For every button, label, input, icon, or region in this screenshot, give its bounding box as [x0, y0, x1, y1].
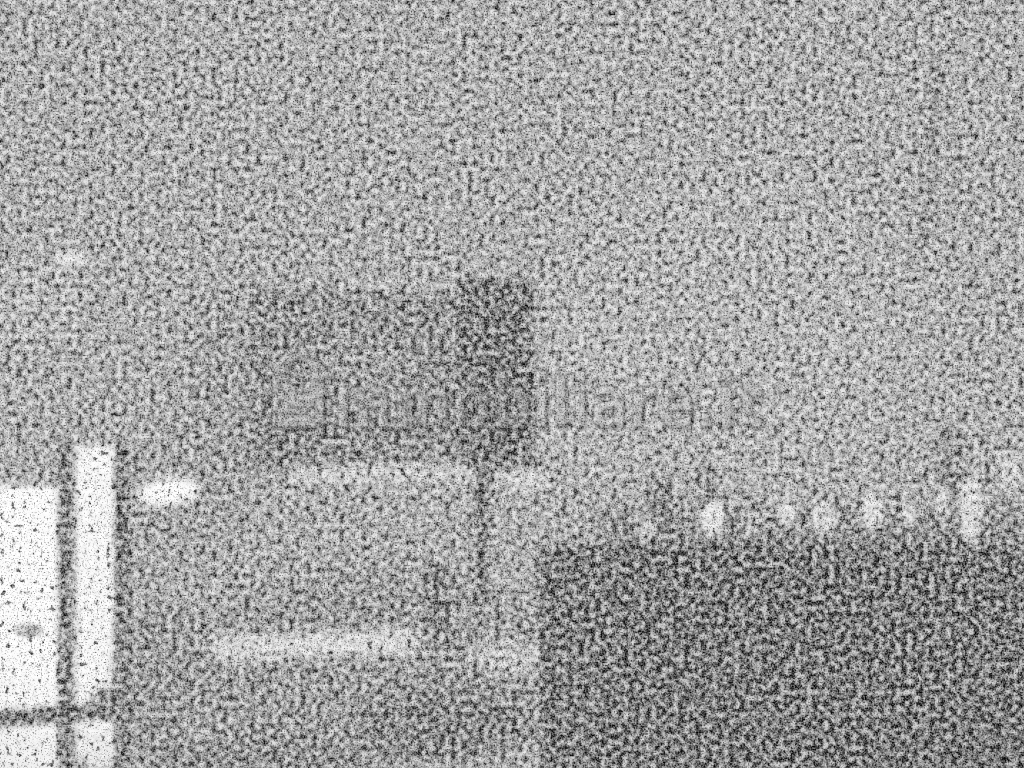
door-frame-line-right — [116, 446, 129, 768]
scratch-line — [919, 52, 943, 248]
dark-upright-pole — [476, 462, 488, 642]
wall-shadow-lower-left — [128, 420, 248, 570]
highlight-speckle — [902, 502, 917, 526]
clutter-dark-blob — [360, 690, 530, 760]
clutter-floor-strip — [150, 740, 410, 768]
clutter-base-left — [120, 600, 200, 760]
furniture-mass-left-wedge — [546, 554, 631, 768]
clutter-base — [180, 570, 570, 768]
house-icon — [265, 344, 337, 431]
door-base-white-patch — [86, 732, 112, 768]
highlight-speckle — [700, 500, 724, 536]
floor-dark-streak — [0, 701, 142, 728]
wall-light-right-of-wardrobe — [534, 298, 640, 478]
shelf-highlight — [292, 464, 472, 482]
wardrobe-panel-sheen — [300, 330, 410, 420]
watermark-text: mmobiliare.it — [333, 359, 763, 445]
right-edge-highlight — [1000, 452, 1022, 488]
door-edge-white-band — [76, 446, 114, 758]
highlight-speckle — [936, 484, 949, 520]
blinds-streaks — [0, 262, 80, 342]
highlight-speckle — [748, 512, 761, 532]
wardrobe-panel — [248, 290, 460, 466]
door-handle-dash — [16, 624, 42, 637]
furniture-upper-band — [600, 508, 1024, 552]
hook-mark — [671, 348, 703, 390]
house-icon — [262, 340, 334, 427]
bright-vertical-object — [958, 478, 982, 542]
watermark: mmobiliare.it mmobiliare.it — [0, 0, 1024, 768]
open-door-light — [0, 486, 58, 768]
clutter-dark-post — [428, 562, 448, 632]
blind-highlight-dash — [55, 250, 89, 266]
wardrobe-top-highlight — [335, 284, 465, 296]
wall-handle-blob — [135, 474, 202, 510]
clutter-bright-blob — [470, 640, 550, 674]
door-base-shadow — [92, 686, 126, 716]
clutter-bright-blob-2 — [552, 582, 604, 614]
furniture-dark-mass — [540, 544, 1024, 768]
shelf-highlight-right — [505, 470, 547, 492]
watermark-text: mmobiliare.it — [336, 363, 766, 449]
object-post-2 — [698, 468, 714, 544]
door-frame-line-left — [60, 438, 71, 768]
film-grain-overlay-fine — [0, 0, 1024, 768]
wardrobe-dark-column — [458, 279, 534, 467]
highlight-speckle — [812, 502, 836, 536]
property-photo: mmobiliare.it mmobiliare.it — [0, 0, 1024, 768]
object-post — [650, 478, 672, 548]
highlight-speckle — [862, 492, 882, 530]
hook-mark-layer — [0, 0, 1024, 768]
dark-vertical-band-right — [940, 430, 960, 540]
clutter-bright-streak — [212, 628, 418, 661]
wall-light-area — [540, 170, 920, 480]
film-grain-overlay-coarse — [0, 0, 1024, 768]
highlight-speckle — [777, 498, 795, 526]
wardrobe-corner-shadow — [250, 430, 320, 470]
highlight-speckle — [640, 514, 656, 540]
vignette — [0, 0, 1024, 768]
wall-shadow-left-of-wardrobe — [188, 300, 260, 490]
